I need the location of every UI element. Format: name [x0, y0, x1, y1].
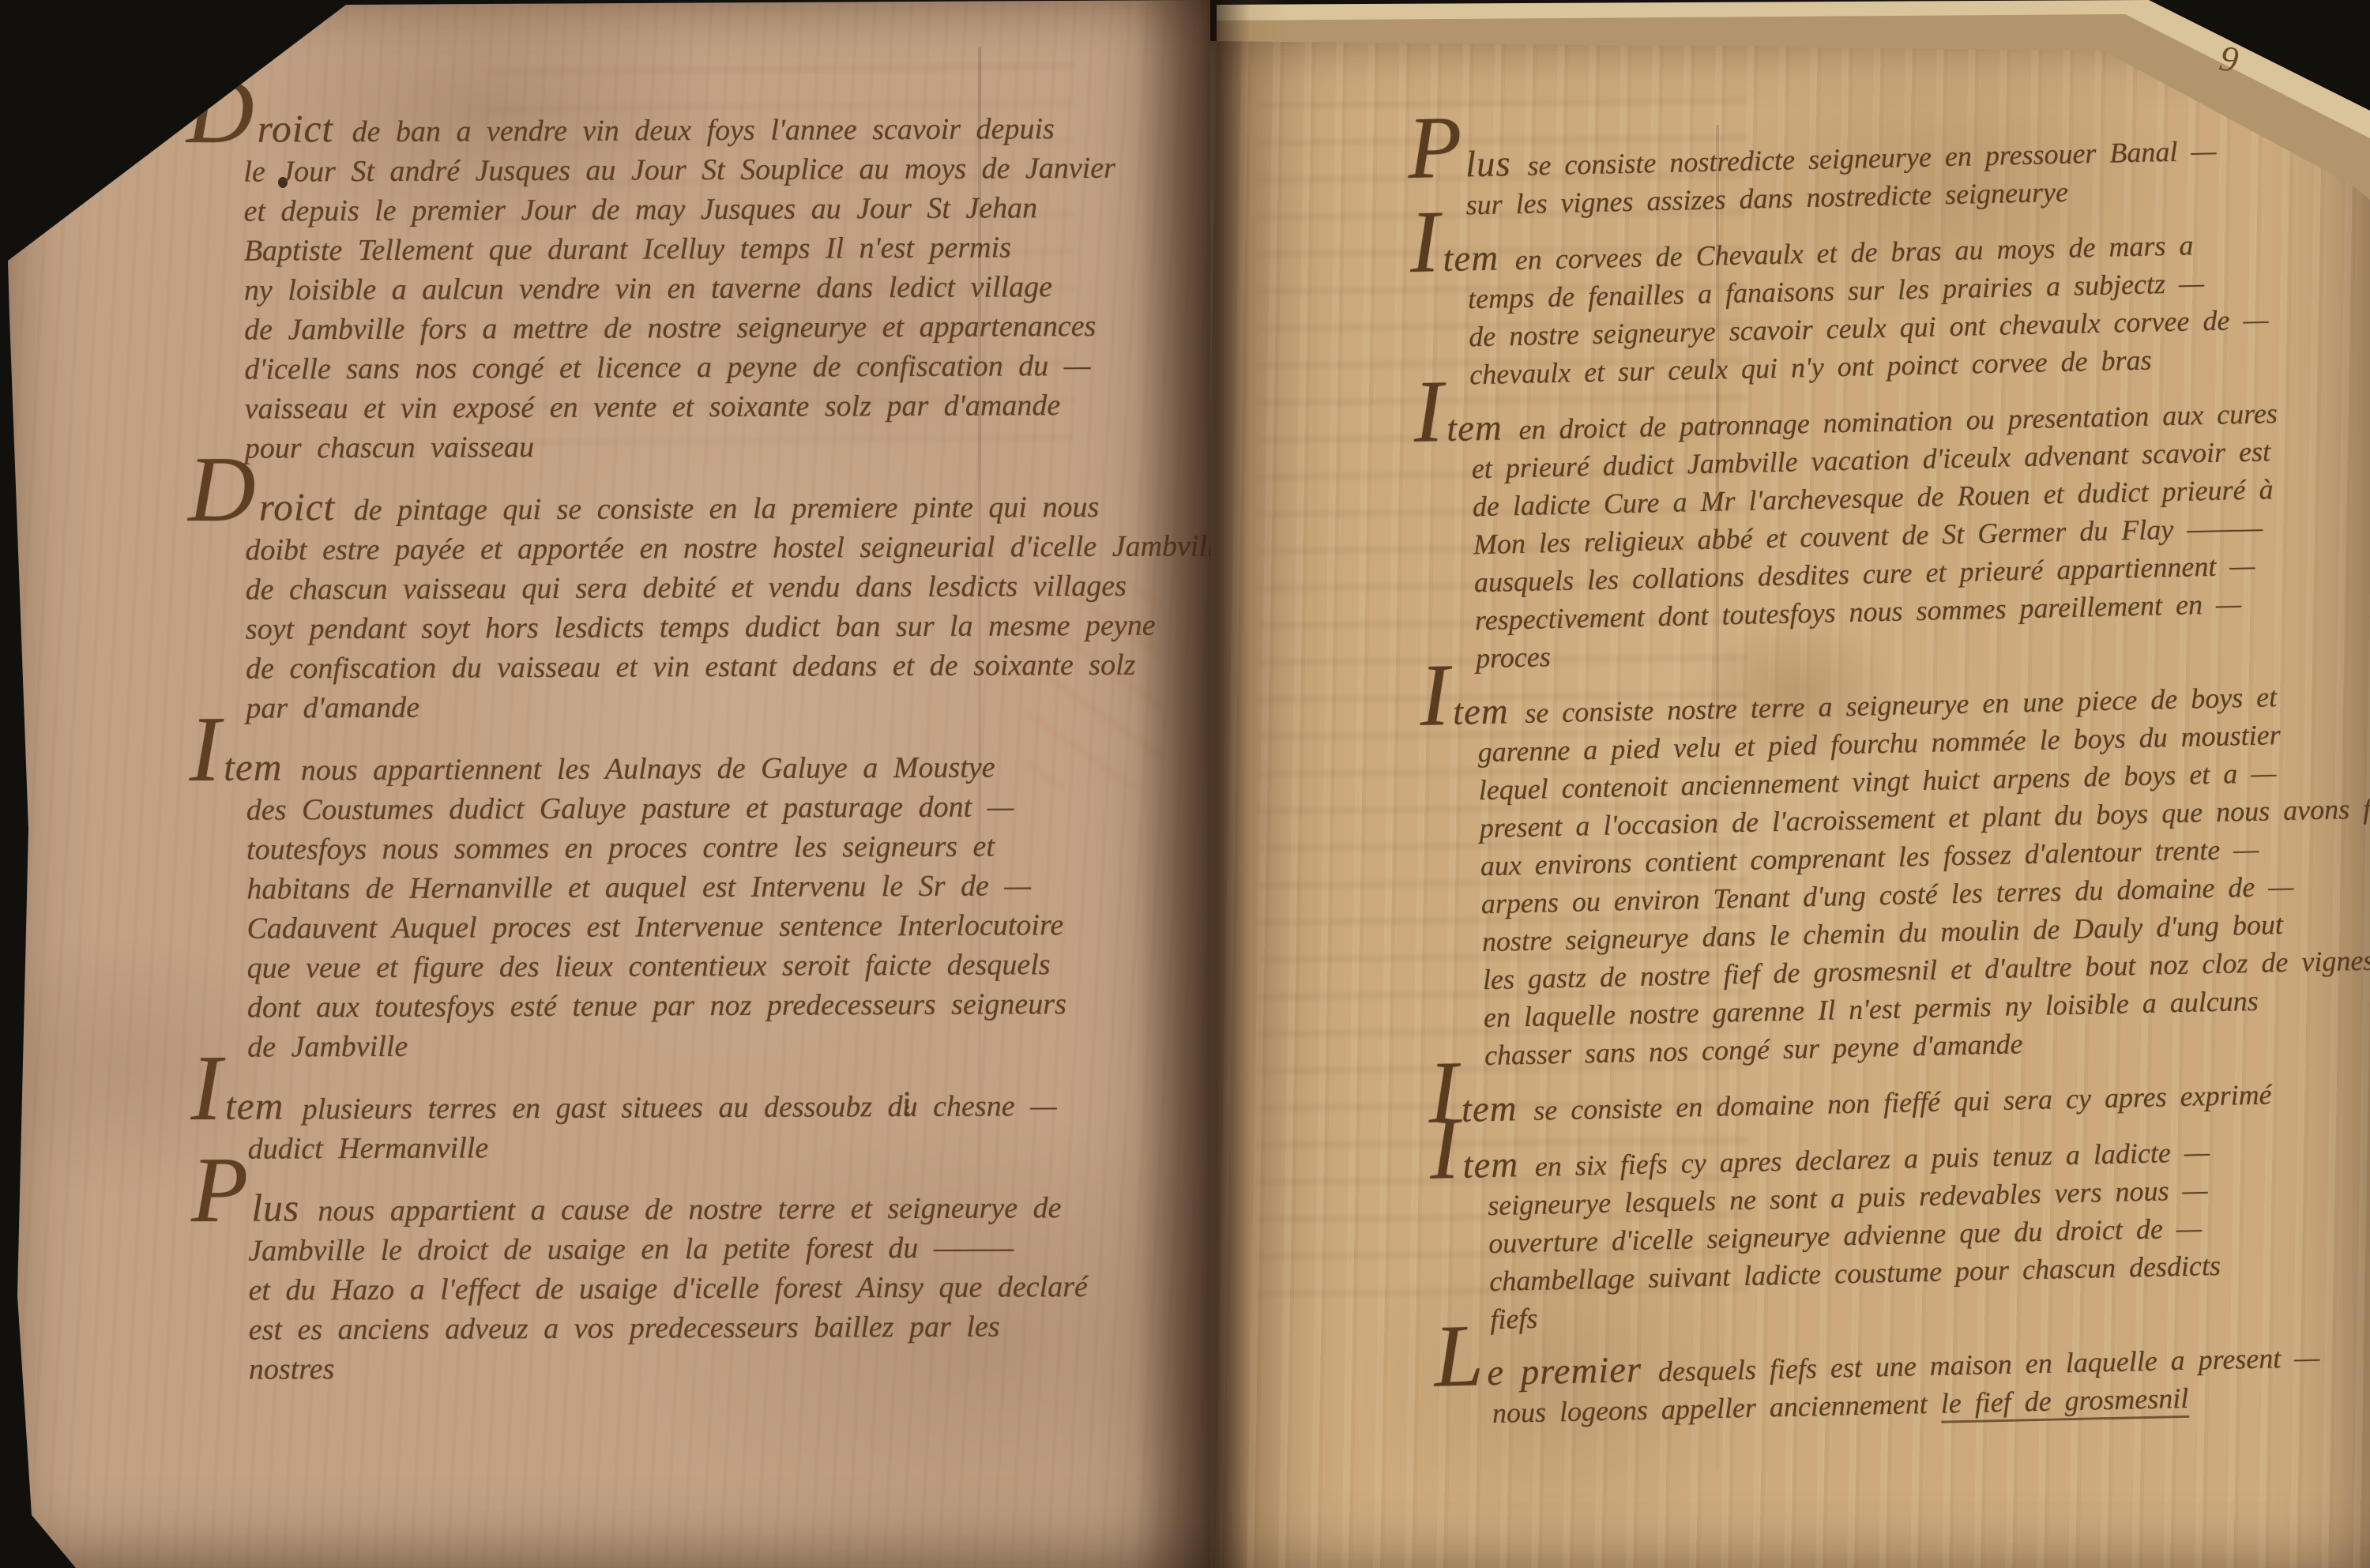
paragraph: Item se consiste en domaine non fieffé q… — [1428, 1073, 2369, 1132]
manuscript-line: de chascun vaisseau qui sera debité et v… — [246, 566, 1192, 609]
paragraph-initial: Plus — [191, 1186, 318, 1230]
paragraph-initial: Item — [190, 745, 301, 789]
paragraph: Item plusieurs terres en gast situees au… — [190, 1083, 1194, 1169]
manuscript-line: Jambville le droict de usaige en la peti… — [248, 1227, 1194, 1270]
manuscript-line: Item nous appartiennent les Aulnays de G… — [246, 744, 1193, 790]
manuscript-line: Item plusieurs terres en gast situees au… — [247, 1083, 1194, 1129]
right-page: Plus se consiste nostredicte seigneurye … — [1210, 30, 2370, 1568]
manuscript-line: Baptiste Tellement que durant Icelluy te… — [244, 227, 1191, 270]
manuscript-line: habitans de Hernanville et auquel est In… — [246, 865, 1193, 908]
manuscript-line: vaisseau et vin exposé en vente et soixa… — [245, 385, 1191, 428]
paragraph-initial: Item — [1420, 690, 1525, 734]
paragraph-initial: Item — [1430, 1144, 1536, 1187]
manuscript-line: et depuis le premier Jour de may Jusques… — [243, 187, 1190, 231]
manuscript-line: de Jambville fors a mettre de nostre sei… — [244, 306, 1191, 349]
left-page: ⁞ Droict de ban a vendre vin deux foys l… — [0, 0, 1210, 1568]
folio-number: 9 — [2217, 36, 2242, 81]
manuscript-line: dudict Hermanville — [248, 1125, 1194, 1168]
manuscript-line: toutesfoys nous sommes en proces contre … — [246, 825, 1193, 869]
right-page-text: Plus se consiste nostredicte seigneurye … — [1408, 128, 2370, 1451]
manuscript-line: Cadauvent Auquel proces est Intervenue s… — [246, 904, 1193, 948]
left-page-text: Droict de ban a vendre vin deux foys l'a… — [186, 106, 1195, 1410]
manuscript-line: ny loisible a aulcun vendre vin en taver… — [244, 266, 1191, 310]
manuscript-line: des Coustumes dudict Galuye pasture et p… — [246, 786, 1193, 829]
manuscript-line: par d'amande — [246, 684, 1192, 728]
ink-blot — [85, 38, 103, 51]
manuscript-line: dont aux toutesfoys esté tenue par noz p… — [247, 983, 1194, 1027]
manuscript-line: nostres — [249, 1345, 1195, 1389]
underlined-text: le fief de grosmesnil — [1940, 1382, 2189, 1423]
paragraph-initial: Item — [1410, 237, 1516, 280]
paragraph: Droict de ban a vendre vin deux foys l'a… — [186, 106, 1191, 468]
manuscript-line: Item se consiste en domaine non fieffé q… — [1485, 1073, 2369, 1130]
paragraph: Item se consiste nostre terre a seigneur… — [1420, 675, 2368, 1076]
manuscript-line: le Jour St andré Jusques au Jour St Soup… — [243, 148, 1190, 191]
paragraph-initial: Item — [190, 1084, 302, 1128]
paragraph-initial: Item — [1413, 407, 1519, 450]
manuscript-line: Droict de ban a vendre vin deux foys l'a… — [243, 106, 1190, 152]
paragraph-initial: Le premier — [1434, 1348, 1658, 1394]
paragraph: Le premier desquels fiefs est une maison… — [1434, 1337, 2370, 1434]
paragraph: Item en droict de patronnage nomination … — [1413, 392, 2359, 679]
manuscript-line: de confiscation du vaisseau et vin estan… — [246, 645, 1192, 688]
manuscript-line: soyt pendant soyt hors lesdicts temps du… — [246, 605, 1192, 649]
manuscript-line: doibt estre payée et apportée en nostre … — [245, 526, 1191, 570]
manuscript-line: que veue et figure des lieux contentieux… — [247, 944, 1194, 987]
manuscript-line: est es anciens adveuz a vos predecesseur… — [249, 1306, 1195, 1349]
paragraph: Plus nous appartient a cause de nostre t… — [191, 1185, 1195, 1389]
paragraph: Droict de pintage qui se consiste en la … — [188, 484, 1192, 728]
paragraph-initial: Droict — [186, 107, 352, 151]
manuscript-line: et du Hazo a l'effect de usaige d'icelle… — [248, 1266, 1194, 1310]
paragraph: Item en six fiefs cy apres declarez a pu… — [1430, 1129, 2370, 1340]
paragraph-initial: Droict — [188, 485, 354, 529]
manuscript-line: Plus nous appartient a cause de nostre t… — [248, 1185, 1194, 1231]
paragraph: Plus se consiste nostredicte seigneurye … — [1408, 128, 2349, 225]
manuscript-line: pour chascun vaisseau — [245, 424, 1191, 468]
manuscript-line: de Jambville — [247, 1023, 1194, 1066]
paragraph-initial: Plus — [1408, 143, 1528, 186]
paragraph: Item en corvees de Chevaulx et de bras a… — [1410, 222, 2353, 395]
manuscript-line: Droict de pintage qui se consiste en la … — [245, 484, 1191, 530]
paragraph: Item nous appartiennent les Aulnays de G… — [190, 744, 1194, 1067]
manuscript-photo: ⁞ Droict de ban a vendre vin deux foys l… — [0, 0, 2370, 1568]
manuscript-line: d'icelle sans nos congé et licence a pey… — [244, 345, 1191, 389]
